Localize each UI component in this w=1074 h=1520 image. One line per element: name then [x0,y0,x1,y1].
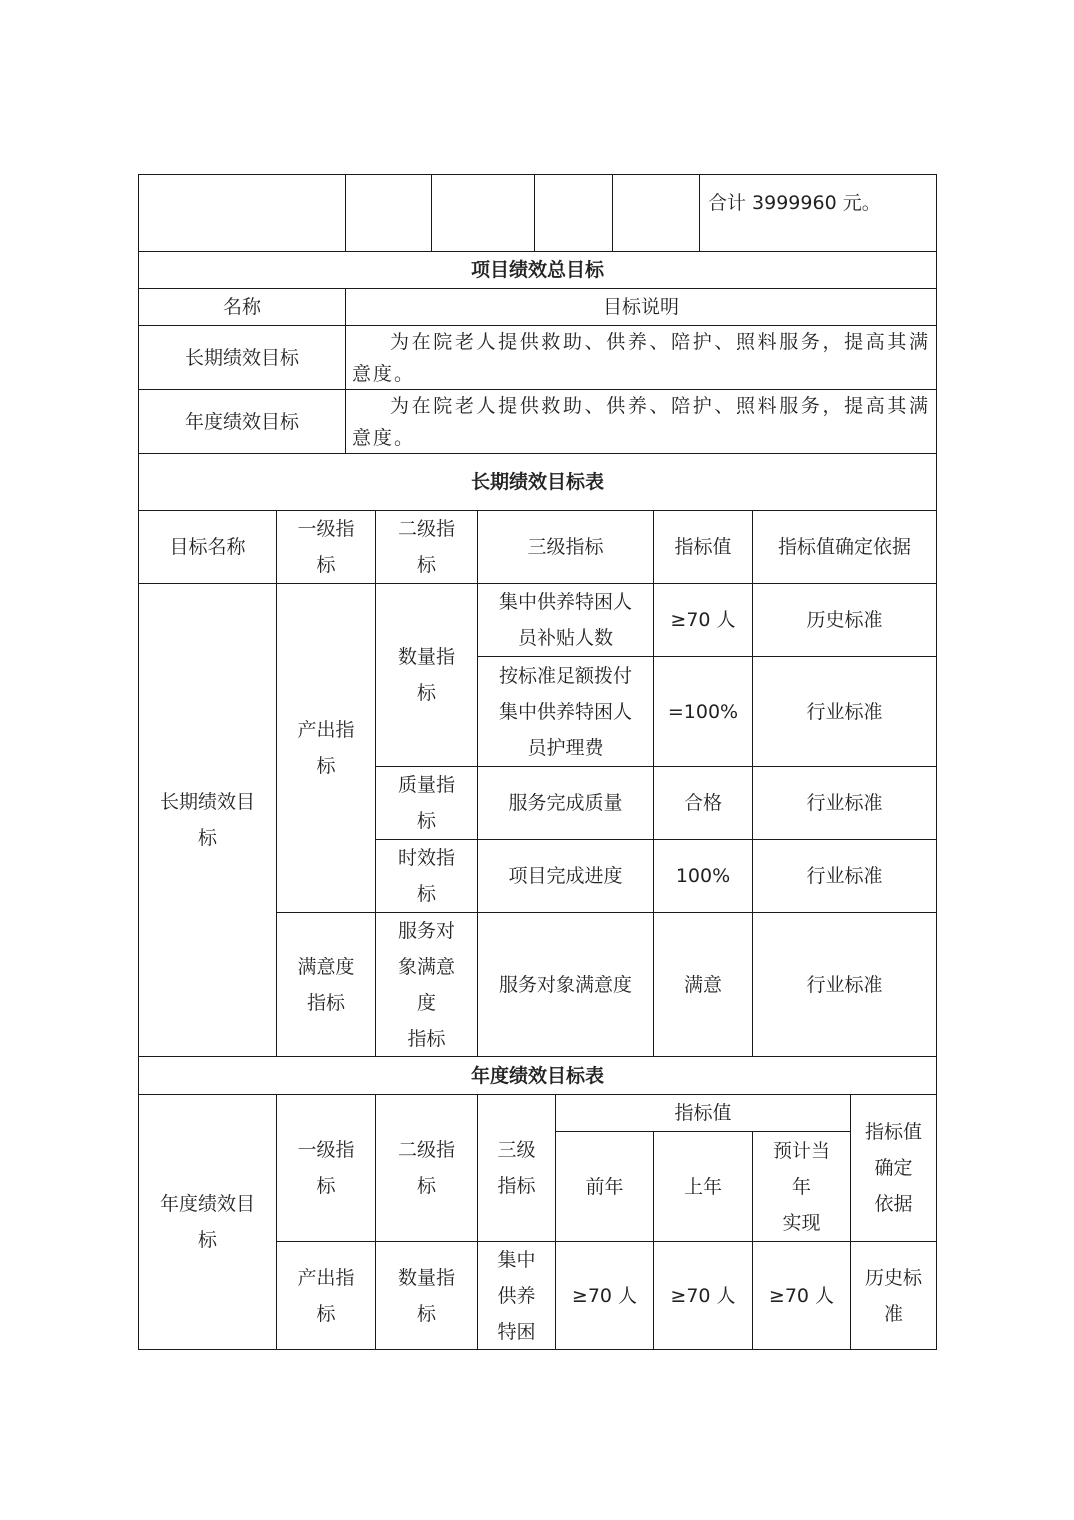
lt-row3-value: 合格 [653,766,753,840]
overall-header-description: 目标说明 [345,288,937,326]
lt-row4-level3: 项目完成进度 [477,839,654,913]
lt-header-value: 指标值 [653,510,753,584]
an-header-level3: 三级 指标 [477,1094,556,1242]
lt-level1-output: 产出指 标 [276,583,376,913]
lt-level1-satisfaction: 满意度 指标 [276,912,376,1057]
overall-row-longterm-description: 为在院老人提供救助、供养、陪护、照料服务，提高其满意度。 [345,325,937,390]
header-description-text: 目标说明 [603,289,679,325]
lt-row5-basis: 行业标准 [752,912,937,1057]
lt-goal-name: 长期绩效目 标 [138,583,277,1057]
lt-row5-level3: 服务对象满意度 [477,912,654,1057]
an-header-prev1: 上年 [653,1131,753,1242]
lt-row2-value: =100% [653,656,753,767]
an-row1-level2: 数量指 标 [375,1241,478,1350]
an-row1-level3: 集中 供养 特困 [477,1241,556,1350]
overall-title-text: 项目绩效总目标 [471,252,604,288]
top-cell-4 [534,174,613,252]
annual-section-title: 年度绩效目标表 [138,1056,937,1095]
lt-row1-value: ≥70 人 [653,583,753,657]
lt-row4-basis: 行业标准 [752,839,937,913]
top-cell-2 [345,174,432,252]
lt-row2-level3: 按标准足额拨付 集中供养特困人 员护理费 [477,656,654,767]
overall-row-longterm-name: 长期绩效目标 [138,325,346,390]
lt-level2-satisfaction: 服务对 象满意 度 指标 [375,912,478,1057]
annual-title-text: 年度绩效目标表 [471,1058,604,1094]
lt-header-level2: 二级指 标 [375,510,478,584]
total-amount-text: 合计 3999960 元。 [708,185,881,221]
annual-name-text: 年度绩效目标 [185,404,299,440]
longterm-section-title: 长期绩效目标表 [138,453,937,511]
lt-header-level1: 一级指 标 [276,510,376,584]
an-row1-prev2: ≥70 人 [555,1241,654,1350]
lt-row3-basis: 行业标准 [752,766,937,840]
lt-level2-timeliness: 时效指 标 [375,839,478,913]
lt-header-goal-name: 目标名称 [138,510,277,584]
header-name-text: 名称 [223,289,261,325]
lt-row4-value: 100% [653,839,753,913]
an-header-value-group: 指标值 [555,1094,851,1132]
lt-level2-quantity: 数量指 标 [375,583,478,767]
an-row1-level1: 产出指 标 [276,1241,376,1350]
overall-header-name: 名称 [138,288,346,326]
longterm-name-text: 长期绩效目标 [185,340,299,376]
an-row1-basis: 历史标 准 [850,1241,937,1350]
total-amount-cell: 合计 3999960 元。 [699,174,937,252]
lt-row2-basis: 行业标准 [752,656,937,767]
lt-row1-level3: 集中供养特困人 员补贴人数 [477,583,654,657]
an-row1-current: ≥70 人 [752,1241,851,1350]
annual-description-text: 为在院老人提供救助、供养、陪护、照料服务，提高其满意度。 [352,390,930,454]
top-cell-3 [431,174,535,252]
lt-row3-level3: 服务完成质量 [477,766,654,840]
an-row1-prev1: ≥70 人 [653,1241,753,1350]
overall-section-title: 项目绩效总目标 [138,251,937,289]
lt-row5-value: 满意 [653,912,753,1057]
longterm-description-text: 为在院老人提供救助、供养、陪护、照料服务，提高其满意度。 [352,326,930,390]
an-header-basis: 指标值 确定 依据 [850,1094,937,1242]
an-header-level1: 一级指 标 [276,1094,376,1242]
lt-row1-basis: 历史标准 [752,583,937,657]
lt-level2-quality: 质量指 标 [375,766,478,840]
overall-row-annual-name: 年度绩效目标 [138,389,346,454]
longterm-title-text: 长期绩效目标表 [471,464,604,500]
an-goal-name: 年度绩效目 标 [138,1094,277,1350]
an-header-level2: 二级指 标 [375,1094,478,1242]
top-cell-5 [612,174,700,252]
top-cell-1 [138,174,346,252]
an-header-current: 预计当 年 实现 [752,1131,851,1242]
lt-header-level3: 三级指标 [477,510,654,584]
lt-header-basis: 指标值确定依据 [752,510,937,584]
overall-row-annual-description: 为在院老人提供救助、供养、陪护、照料服务，提高其满意度。 [345,389,937,454]
an-header-prev2: 前年 [555,1131,654,1242]
